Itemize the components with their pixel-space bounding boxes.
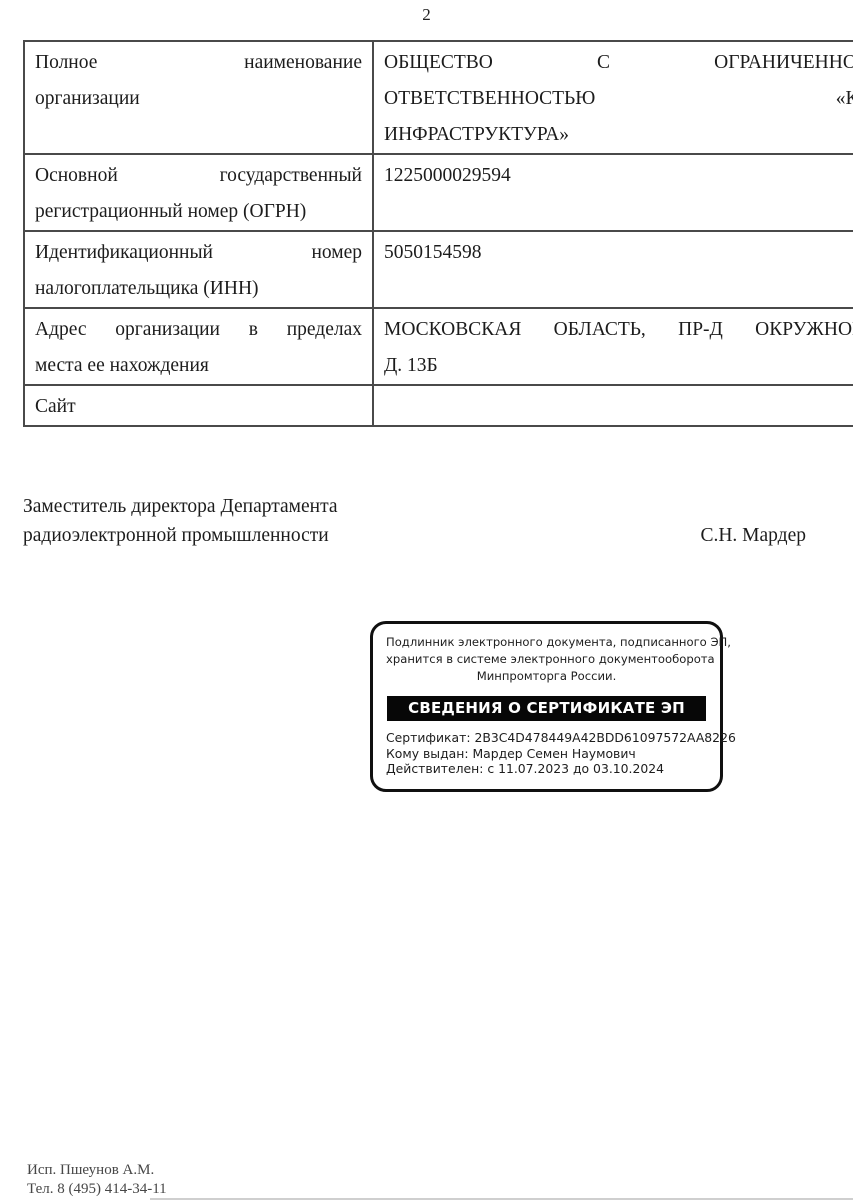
stamp-intro: Подлинник электронного документа, подпис… [386, 634, 707, 685]
document-page: 2 Полное наименованиеорганизацииОБЩЕСТВО… [0, 0, 853, 1200]
signature-position-line: Заместитель директора Департамента [23, 492, 338, 521]
stamp-issued-to: Кому выдан: Мардер Семен Наумович [386, 746, 707, 762]
table-value-cell: 5050154598 [373, 231, 853, 308]
table-cell-line: Основной государственный [35, 158, 362, 194]
table-value-cell [373, 385, 853, 426]
table-cell-line: 1225000029594 [384, 158, 853, 194]
table-cell-line: ОБЩЕСТВО С ОГРАНИЧЕННОЙ [384, 45, 853, 81]
table-cell-line: Идентификационный номер [35, 235, 362, 271]
table-label-cell: Сайт [24, 385, 373, 426]
table-cell-line: Адрес организации в пределах [35, 312, 362, 348]
table-value-cell: ОБЩЕСТВО С ОГРАНИЧЕННОЙОТВЕТСТВЕННОСТЬЮ … [373, 41, 853, 154]
stamp-intro-line: Подлинник электронного документа, подпис… [386, 634, 707, 651]
signature-block: Заместитель директора Департамента радио… [23, 492, 806, 550]
table-value-cell: МОСКОВСКАЯ ОБЛАСТЬ, ПР-Д ОКРУЖНОЙ,Д. 13Б [373, 308, 853, 385]
table-cell-line: ИНФРАСТРУКТУРА» [384, 117, 853, 153]
table-row: Основной государственныйрегистрационный … [24, 154, 853, 231]
executor-name: Исп. Пшеунов А.М. [27, 1161, 167, 1180]
executor-footer: Исп. Пшеунов А.М. Тел. 8 (495) 414-34-11 [27, 1161, 167, 1199]
info-table: Полное наименованиеорганизацииОБЩЕСТВО С… [23, 40, 853, 427]
table-cell-line: Полное наименование [35, 45, 362, 81]
stamp-certificate: Сертификат: 2B3C4D478449A42BDD61097572AA… [386, 730, 707, 746]
table-row: Полное наименованиеорганизацииОБЩЕСТВО С… [24, 41, 853, 154]
signature-position-line: радиоэлектронной промышленности [23, 521, 338, 550]
table-cell-line: места ее нахождения [35, 348, 362, 384]
table-cell-line: Сайт [35, 389, 362, 425]
stamp-title-bar: СВЕДЕНИЯ О СЕРТИФИКАТЕ ЭП [387, 696, 706, 721]
table-cell-line: регистрационный номер (ОГРН) [35, 194, 362, 230]
table-cell-line: налогоплательщика (ИНН) [35, 271, 362, 307]
table-row: Сайт [24, 385, 853, 426]
info-table-body: Полное наименованиеорганизацииОБЩЕСТВО С… [24, 41, 853, 426]
table-label-cell: Основной государственныйрегистрационный … [24, 154, 373, 231]
table-label-cell: Адрес организации в пределахместа ее нах… [24, 308, 373, 385]
signature-position-title: Заместитель директора Департамента радио… [23, 492, 338, 550]
table-label-cell: Полное наименованиеорганизации [24, 41, 373, 154]
table-cell-line: организации [35, 81, 362, 117]
table-row: Идентификационный номерналогоплательщика… [24, 231, 853, 308]
stamp-validity: Действителен: с 11.07.2023 до 03.10.2024 [386, 761, 707, 777]
table-row: Адрес организации в пределахместа ее нах… [24, 308, 853, 385]
stamp-intro-line: хранится в системе электронного документ… [386, 651, 707, 668]
stamp-intro-line: Минпромторга России. [386, 668, 707, 685]
page-number: 2 [0, 5, 853, 25]
stamp-details: Сертификат: 2B3C4D478449A42BDD61097572AA… [386, 730, 707, 777]
table-label-cell: Идентификационный номерналогоплательщика… [24, 231, 373, 308]
executor-phone: Тел. 8 (495) 414-34-11 [27, 1180, 167, 1199]
table-cell-line: МОСКОВСКАЯ ОБЛАСТЬ, ПР-Д ОКРУЖНОЙ, [384, 312, 853, 348]
table-value-cell: 1225000029594 [373, 154, 853, 231]
table-cell-empty [384, 389, 853, 421]
electronic-signature-stamp: Подлинник электронного документа, подпис… [370, 621, 723, 792]
table-cell-line: 5050154598 [384, 235, 853, 271]
signature-name: С.Н. Мардер [700, 521, 806, 550]
table-cell-line: Д. 13Б [384, 348, 853, 384]
table-cell-line: ОТВЕТСТВЕННОСТЬЮ «КС [384, 81, 853, 117]
